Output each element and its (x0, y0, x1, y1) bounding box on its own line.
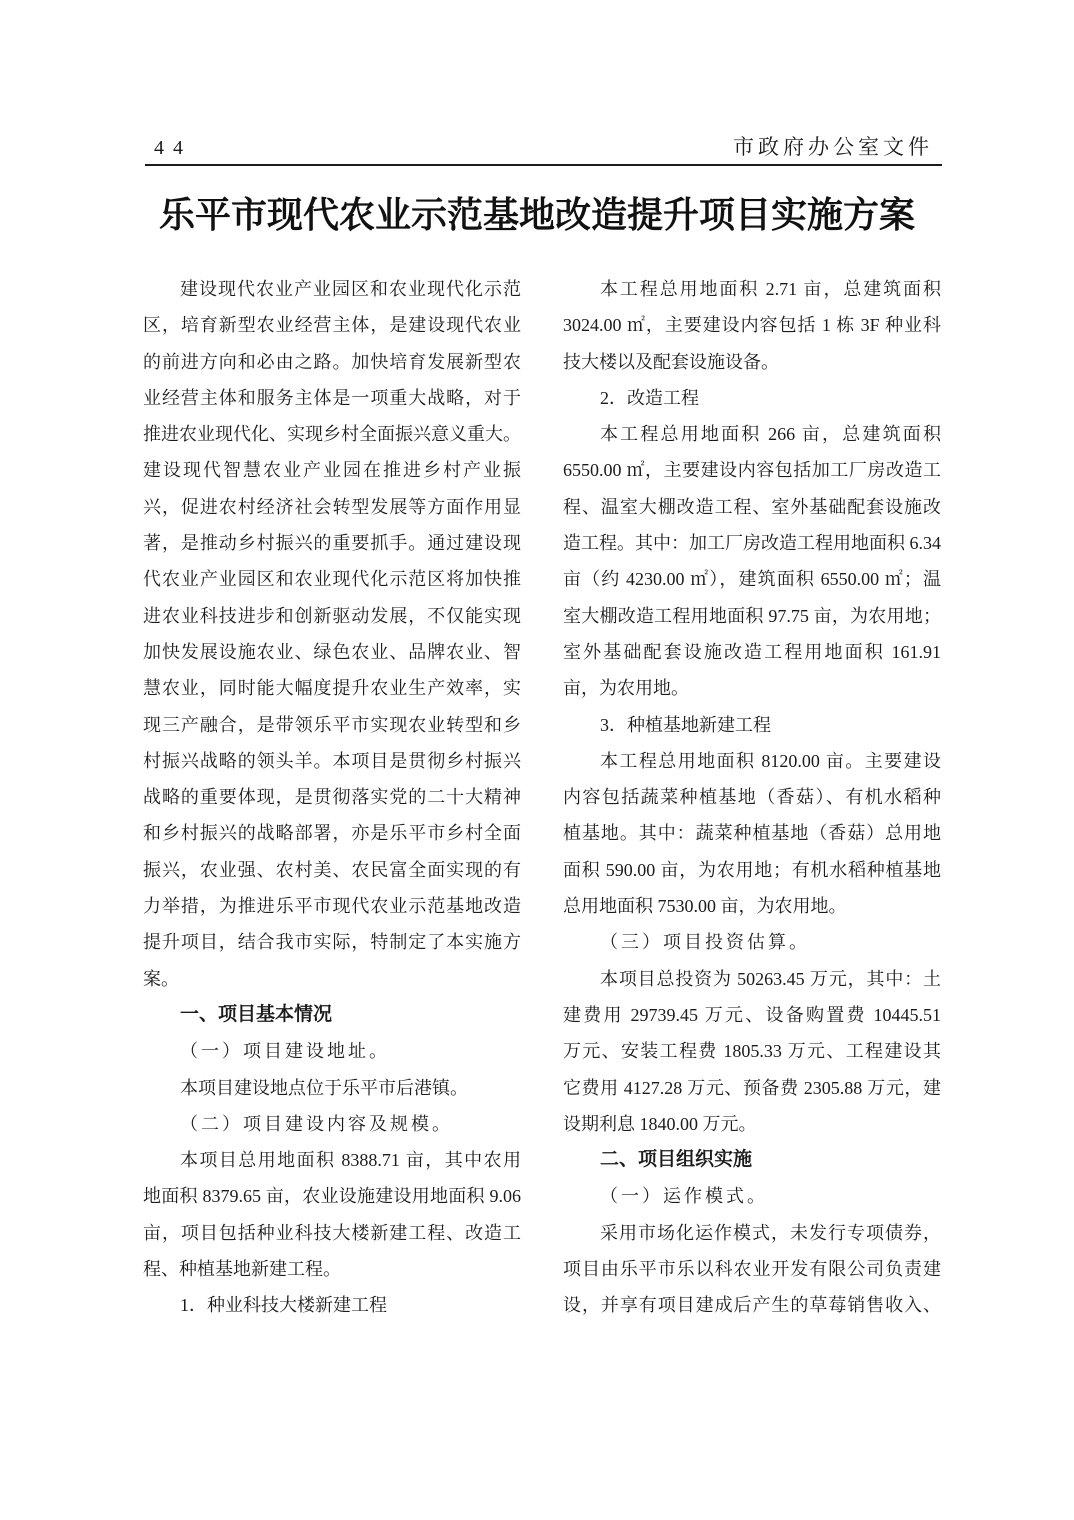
text-line: 它费用 4127.28 万元、预备费 2305.88 万元，建 (563, 1070, 941, 1106)
right-column: 本工程总用地面积 2.71 亩，总建筑面积3024.00 ㎡，主要建设内容包括 … (563, 271, 941, 1324)
text-line: 本工程总用地面积 8120.00 亩。主要建设 (563, 743, 941, 779)
text-line: （一）运作模式。 (563, 1178, 941, 1214)
text-line: 采用市场化运作模式，未发行专项债券， (563, 1215, 941, 1251)
text-line: 1．种业科技大楼新建工程 (143, 1287, 521, 1323)
text-line: 案。 (143, 961, 521, 997)
text-line: 亩（约 4230.00 ㎡），建筑面积 6550.00 ㎡；温 (563, 561, 941, 597)
text-line: 本项目建设地点位于乐平市后港镇。 (143, 1070, 521, 1106)
text-line: 2．改造工程 (563, 380, 941, 416)
text-line: 项目由乐平市乐以科农业开发有限公司负责建 (563, 1251, 941, 1287)
text-line: 提升项目，结合我市实际，特制定了本实施方 (143, 924, 521, 960)
text-line: 区，培育新型农业经营主体，是建设现代农业 (143, 307, 521, 343)
text-line: 本项目总用地面积 8388.71 亩，其中农用 (143, 1142, 521, 1178)
text-line: 植基地。其中：蔬菜种植基地（香菇）总用地 (563, 815, 941, 851)
text-line: 推进农业现代化、实现乡村全面振兴意义重大。 (143, 416, 521, 452)
text-line: 造工程。其中：加工厂房改造工程用地面积 6.34 (563, 525, 941, 561)
text-line: 室大棚改造工程用地面积 97.75 亩，为农用地； (563, 598, 941, 634)
text-line: 现三产融合，是带领乐平市实现农业转型和乡 (143, 707, 521, 743)
text-line: 建设现代智慧农业产业园在推进乡村产业振 (143, 452, 521, 488)
text-line: 著，是推动乡村振兴的重要抓手。通过建设现 (143, 525, 521, 561)
text-line: 亩，为农用地。 (563, 670, 941, 706)
text-line: 6550.00 ㎡，主要建设内容包括加工厂房改造工 (563, 452, 941, 488)
text-line: 振兴，农业强、农村美、农民富全面实现的有 (143, 852, 521, 888)
text-line: 业经营主体和服务主体是一项重大战略，对于 (143, 380, 521, 416)
text-line: 村振兴战略的领头羊。本项目是贯彻乡村振兴 (143, 743, 521, 779)
text-line: 设，并享有项目建成后产生的草莓销售收入、 (563, 1287, 941, 1323)
text-line: （二）项目建设内容及规模。 (143, 1106, 521, 1142)
text-line: （一）项目建设地址。 (143, 1033, 521, 1069)
text-line: 面积 590.00 亩，为农用地；有机水稻种植基地 (563, 852, 941, 888)
text-line: 和乡村振兴的战略部署，亦是乐平市乡村全面 (143, 815, 521, 851)
text-line: 3024.00 ㎡，主要建设内容包括 1 栋 3F 种业科 (563, 307, 941, 343)
text-line: 程、温室大棚改造工程、室外基础配套设施改 (563, 489, 941, 525)
text-line: 程、种植基地新建工程。 (143, 1251, 521, 1287)
text-line: 本项目总投资为 50263.45 万元，其中：土 (563, 961, 941, 997)
text-line: 3．种植基地新建工程 (563, 707, 941, 743)
document-title: 乐平市现代农业示范基地改造提升项目实施方案 (0, 187, 1074, 238)
text-line: 代农业产业园区和农业现代化示范区将加快推 (143, 561, 521, 597)
text-line: 一、项目基本情况 (143, 997, 521, 1033)
text-line: 本工程总用地面积 2.71 亩，总建筑面积 (563, 271, 941, 307)
text-line: 力举措，为推进乐平市现代农业示范基地改造 (143, 888, 521, 924)
page-number: 4 4 (154, 137, 185, 160)
left-column: 建设现代农业产业园区和农业现代化示范区，培育新型农业经营主体，是建设现代农业的前… (143, 271, 521, 1324)
text-line: 建费用 29739.45 万元、设备购置费 10445.51 (563, 997, 941, 1033)
text-line: 亩，项目包括种业科技大楼新建工程、改造工 (143, 1215, 521, 1251)
text-line: 战略的重要体现，是贯彻落实党的二十大精神 (143, 779, 521, 815)
document-page: 4 4 市政府办公室文件 乐平市现代农业示范基地改造提升项目实施方案 建设现代农… (0, 0, 1074, 1520)
text-line: 室外基础配套设施改造工程用地面积 161.91 (563, 634, 941, 670)
text-line: 总用地面积 7530.00 亩，为农用地。 (563, 888, 941, 924)
text-line: 技大楼以及配套设施设备。 (563, 344, 941, 380)
text-line: （三）项目投资估算。 (563, 924, 941, 960)
text-line: 慧农业，同时能大幅度提升农业生产效率，实 (143, 670, 521, 706)
text-line: 设期利息 1840.00 万元。 (563, 1106, 941, 1142)
text-line: 的前进方向和必由之路。加快培育发展新型农 (143, 344, 521, 380)
body-columns: 建设现代农业产业园区和农业现代化示范区，培育新型农业经营主体，是建设现代农业的前… (143, 271, 941, 1324)
text-line: 进农业科技进步和创新驱动发展，不仅能实现 (143, 598, 521, 634)
header-rule (145, 164, 942, 166)
text-line: 万元、安装工程费 1805.33 万元、工程建设其 (563, 1033, 941, 1069)
text-line: 兴，促进农村经济社会转型发展等方面作用显 (143, 489, 521, 525)
text-line: 加快发展设施农业、绿色农业、品牌农业、智 (143, 634, 521, 670)
text-line: 本工程总用地面积 266 亩，总建筑面积 (563, 416, 941, 452)
text-line: 地面积 8379.65 亩，农业设施建设用地面积 9.06 (143, 1178, 521, 1214)
text-line: 二、项目组织实施 (563, 1142, 941, 1178)
text-line: 内容包括蔬菜种植基地（香菇）、有机水稻种 (563, 779, 941, 815)
header-doc-label: 市政府办公室文件 (733, 131, 933, 161)
text-line: 建设现代农业产业园区和农业现代化示范 (143, 271, 521, 307)
